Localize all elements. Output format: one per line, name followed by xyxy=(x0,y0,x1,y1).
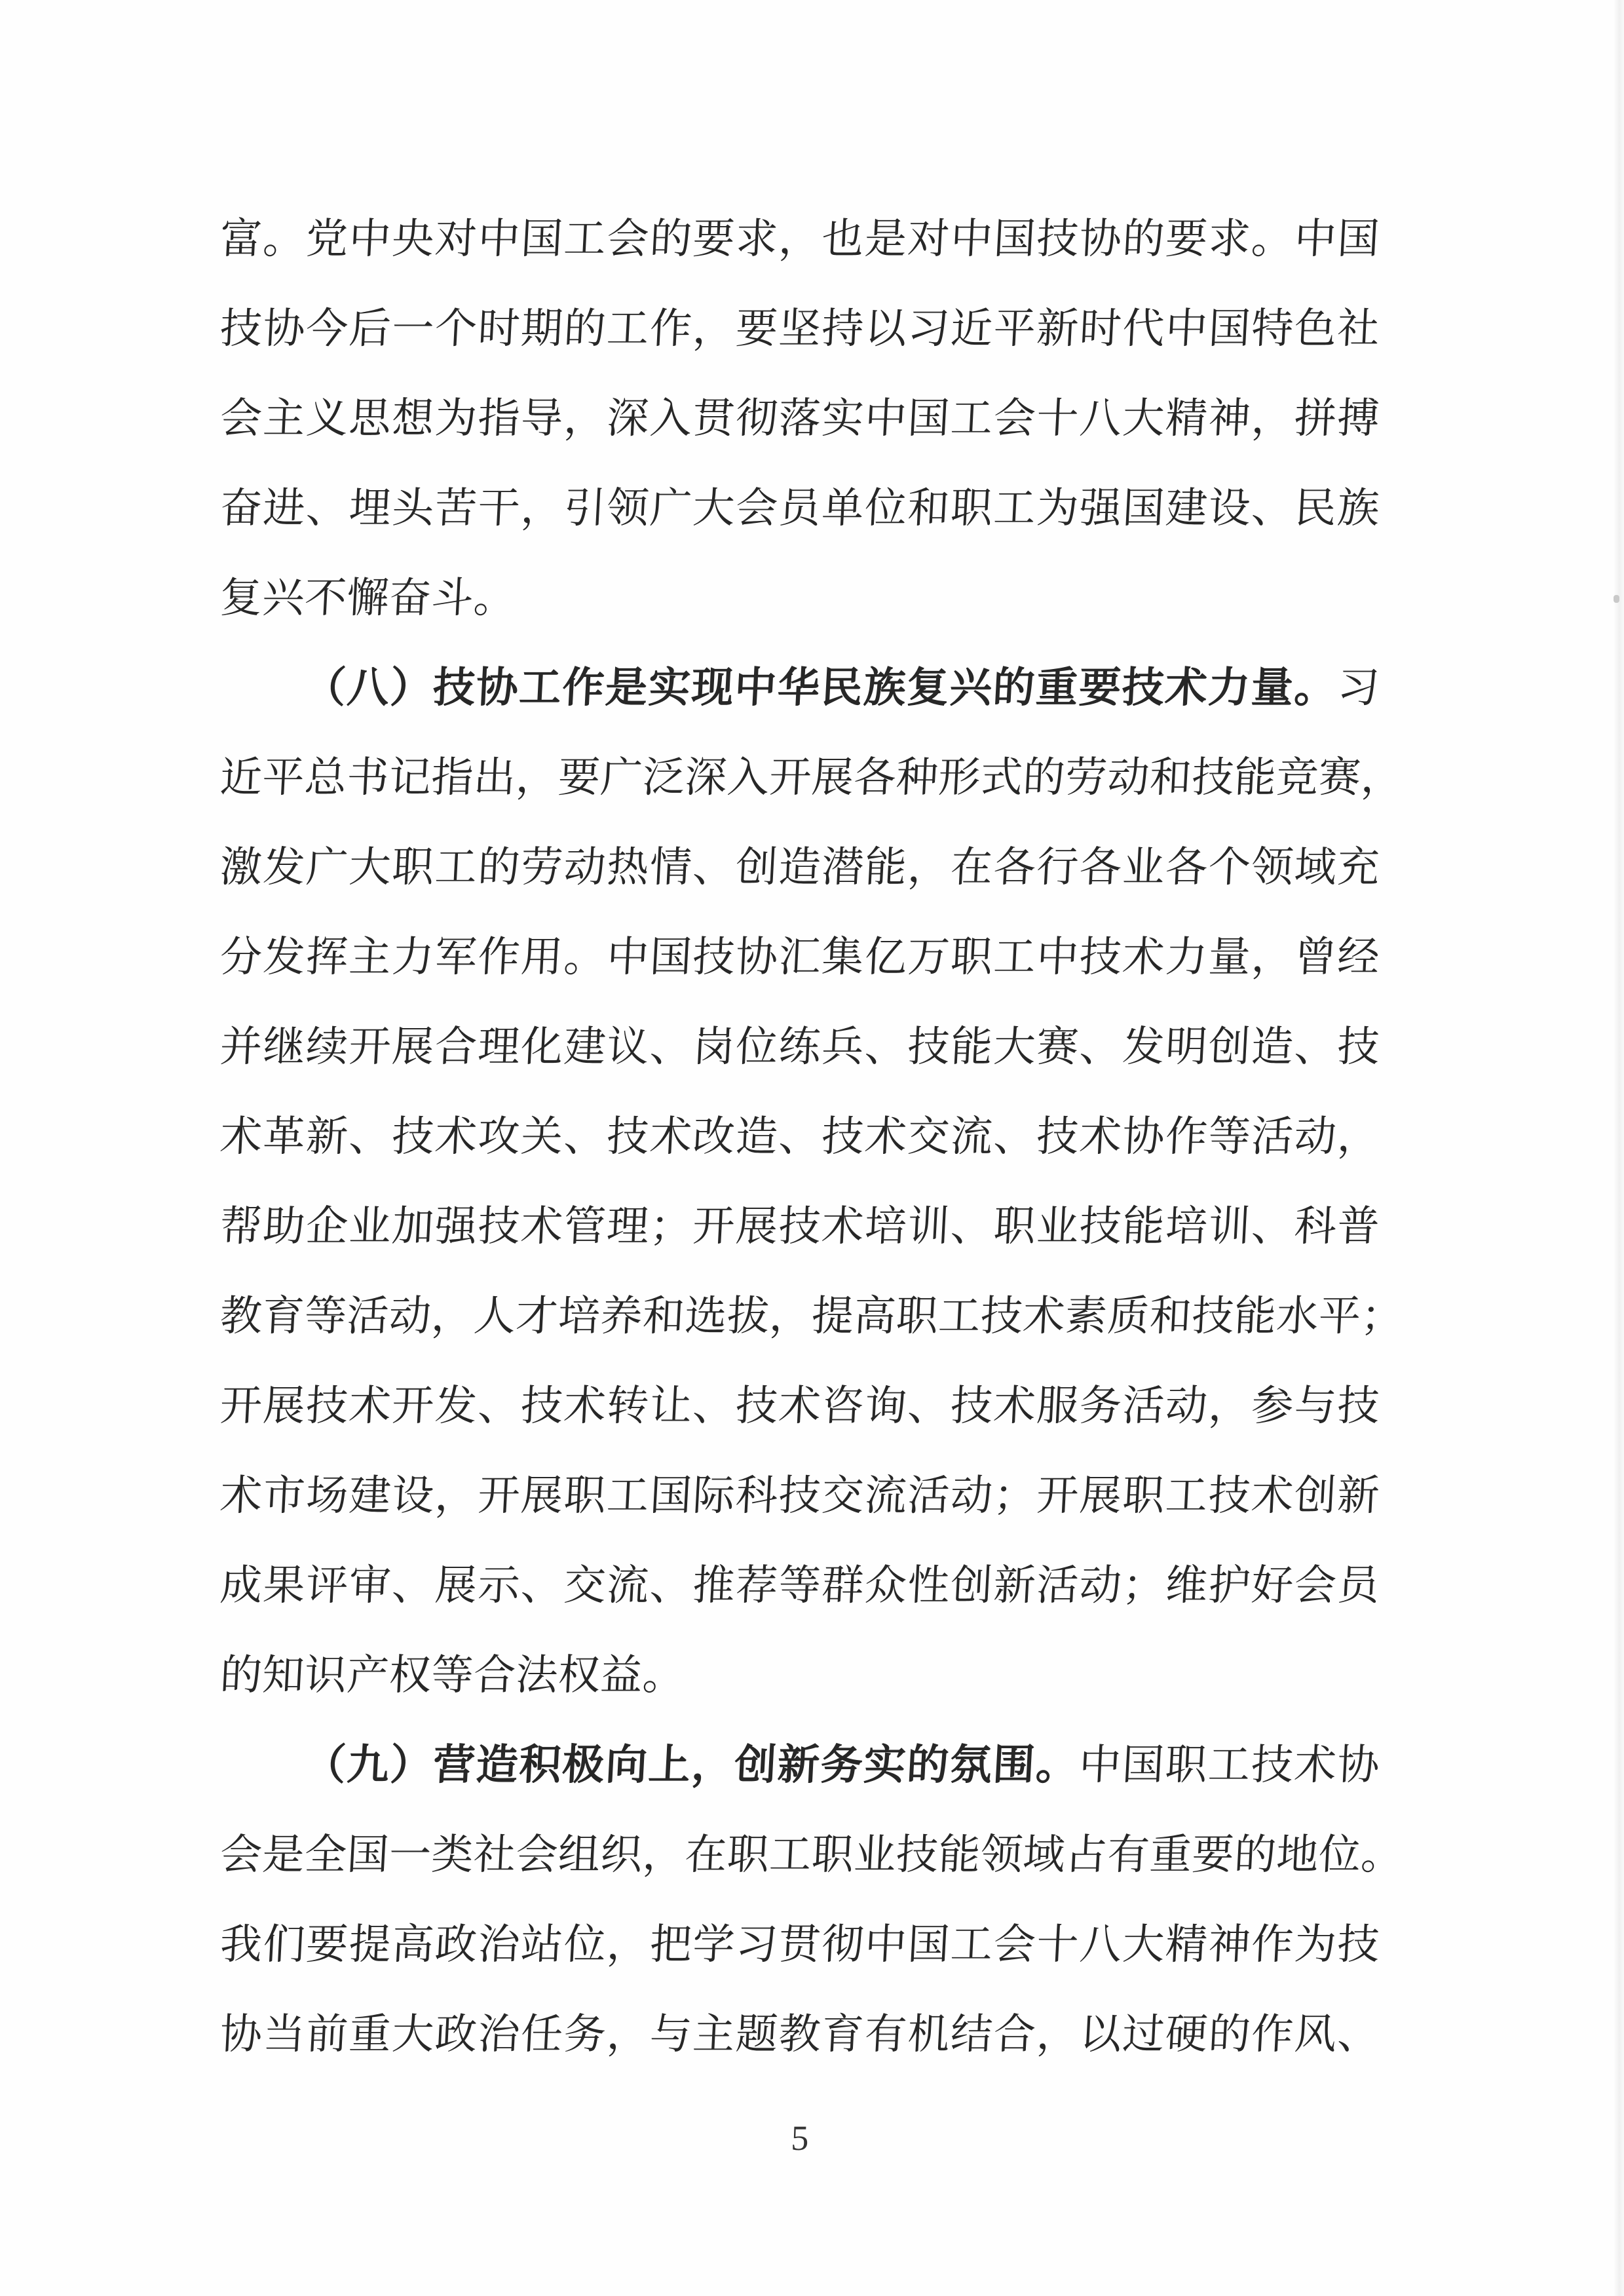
document-page: 富。党中央对中国工会的要求，也是对中国技协的要求。中国技协今后一个时期的工作，要… xyxy=(0,0,1624,2296)
text-segment: 激发广大职工的劳动热情、创造潜能，在各行各业各个领域充 xyxy=(219,844,1381,890)
text-line: 开展技术开发、技术转让、技术咨询、技术服务活动，参与技 xyxy=(217,1361,1382,1451)
text-line: 奋进、埋头苦干，引领广大会员单位和职工为强国建设、民族 xyxy=(217,463,1382,553)
text-line: 并继续开展合理化建议、岗位练兵、技能大赛、发明创造、技 xyxy=(217,1002,1382,1092)
text-segment: 并继续开展合理化建议、岗位练兵、技能大赛、发明创造、技 xyxy=(219,1024,1381,1070)
text-line: 教育等活动，人才培养和选拔，提高职工技术素质和技能水平； xyxy=(217,1271,1382,1361)
text-segment: 术市场建设，开展职工国际科技交流活动；开展职工技术创新 xyxy=(219,1472,1381,1519)
text-line: 技协今后一个时期的工作，要坚持以习近平新时代中国特色社 xyxy=(217,284,1382,373)
text-line: 术市场建设，开展职工国际科技交流活动；开展职工技术创新 xyxy=(217,1451,1382,1540)
text-segment: 我们要提高政治站位，把学习贯彻中国工会十八大精神作为技 xyxy=(219,1921,1381,1968)
text-line: 协当前重大政治任务，与主题教育有机结合，以过硬的作风、 xyxy=(217,1989,1382,2079)
text-segment: 近平总书记指出，要广泛深入开展各种形式的劳动和技能竞赛， xyxy=(219,754,1405,801)
text-line: 富。党中央对中国工会的要求，也是对中国技协的要求。中国 xyxy=(217,194,1382,284)
text-segment: 分发挥主力军作用。中国技协汇集亿万职工中技术力量，曾经 xyxy=(219,934,1381,980)
scan-speck-artifact xyxy=(1614,595,1619,603)
text-line: 成果评审、展示、交流、推荐等群众性创新活动；维护好会员 xyxy=(217,1540,1382,1630)
bold-text-segment: （八）技协工作是实现中华民族复兴的重要技术力量。 xyxy=(303,664,1338,711)
text-segment: 教育等活动，人才培养和选拔，提高职工技术素质和技能水平； xyxy=(219,1293,1405,1339)
scan-edge-artifact xyxy=(1614,0,1624,2296)
text-line: 近平总书记指出，要广泛深入开展各种形式的劳动和技能竞赛， xyxy=(217,733,1382,822)
text-segment: 帮助企业加强技术管理；开展技术培训、职业技能培训、科普 xyxy=(219,1203,1381,1250)
text-segment: 复兴不懈奋斗。 xyxy=(219,575,517,621)
text-line: （九）营造积极向上，创新务实的氛围。中国职工技术协 xyxy=(217,1720,1382,1810)
text-line: 会是全国一类社会组织，在职工职业技能领域占有重要的地位。 xyxy=(217,1810,1382,1900)
text-line: 分发挥主力军作用。中国技协汇集亿万职工中技术力量，曾经 xyxy=(217,912,1382,1002)
text-line: 激发广大职工的劳动热情、创造潜能，在各行各业各个领域充 xyxy=(217,822,1382,912)
text-line: （八）技协工作是实现中华民族复兴的重要技术力量。习 xyxy=(217,643,1382,733)
text-line: 帮助企业加强技术管理；开展技术培训、职业技能培训、科普 xyxy=(217,1181,1382,1271)
text-segment: 术革新、技术攻关、技术改造、技术交流、技术协作等活动， xyxy=(219,1113,1381,1160)
page-number: 5 xyxy=(219,2109,1380,2168)
text-line: 复兴不懈奋斗。 xyxy=(217,553,1382,643)
text-line: 术革新、技术攻关、技术改造、技术交流、技术协作等活动， xyxy=(217,1092,1382,1181)
text-line: 的知识产权等合法权益。 xyxy=(217,1630,1382,1720)
text-segment: 中国职工技术协 xyxy=(1078,1742,1381,1788)
text-line: 我们要提高政治站位，把学习贯彻中国工会十八大精神作为技 xyxy=(217,1900,1382,1989)
text-segment: 习 xyxy=(1336,664,1381,711)
text-line: 会主义思想为指导，深入贯彻落实中国工会十八大精神，拼搏 xyxy=(217,373,1382,463)
text-segment: 成果评审、展示、交流、推荐等群众性创新活动；维护好会员 xyxy=(219,1562,1381,1609)
text-segment: 技协今后一个时期的工作，要坚持以习近平新时代中国特色社 xyxy=(219,305,1381,352)
text-segment: 富。党中央对中国工会的要求，也是对中国技协的要求。中国 xyxy=(219,216,1381,262)
text-segment: 协当前重大政治任务，与主题教育有机结合，以过硬的作风、 xyxy=(219,2011,1381,2057)
text-segment: 开展技术开发、技术转让、技术咨询、技术服务活动，参与技 xyxy=(219,1383,1381,1429)
text-block: 富。党中央对中国工会的要求，也是对中国技协的要求。中国技协今后一个时期的工作，要… xyxy=(220,194,1380,2079)
text-segment: 的知识产权等合法权益。 xyxy=(219,1652,686,1698)
bold-text-segment: （九）营造积极向上，创新务实的氛围。 xyxy=(303,1742,1080,1788)
text-segment: 会主义思想为指导，深入贯彻落实中国工会十八大精神，拼搏 xyxy=(219,395,1381,442)
text-segment: 会是全国一类社会组织，在职工职业技能领域占有重要的地位。 xyxy=(219,1831,1405,1878)
text-segment: 奋进、埋头苦干，引领广大会员单位和职工为强国建设、民族 xyxy=(219,485,1381,531)
